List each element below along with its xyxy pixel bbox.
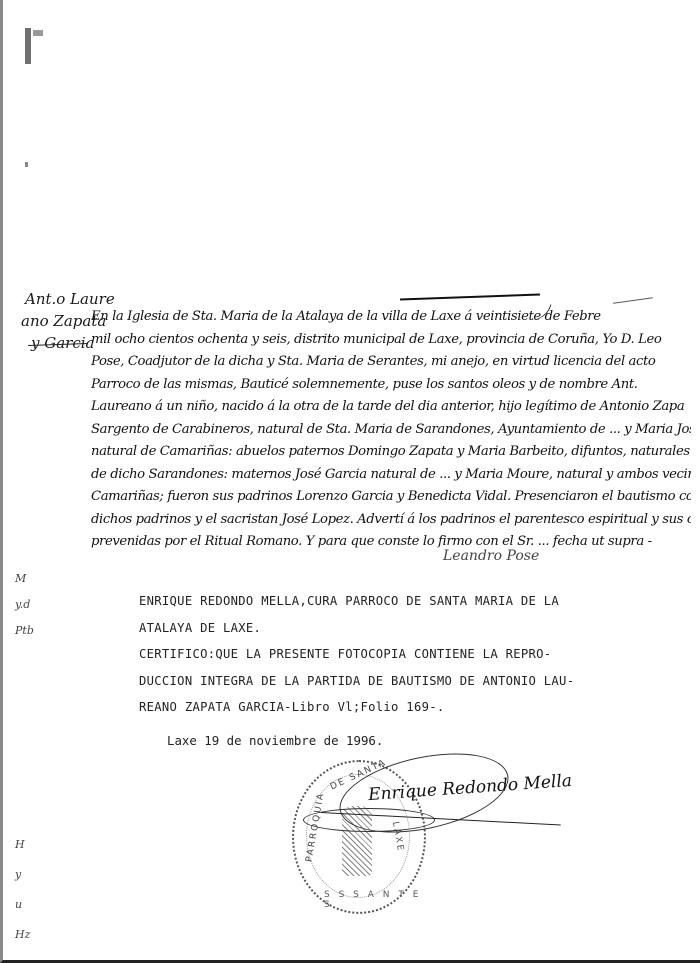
margin-mark: Hz — [15, 920, 30, 950]
left-margin-marks-upper: M y.d Ptb — [15, 566, 34, 644]
scan-artifact — [33, 30, 43, 36]
entry-line: prevenidas por el Ritual Romano. Y para … — [91, 531, 691, 554]
scan-artifact — [25, 28, 31, 64]
left-margin-marks-lower: H y u Hz — [15, 830, 30, 950]
entry-line: En la Iglesia de Sta. Maria de la Atalay… — [91, 306, 691, 329]
scan-artifact — [25, 162, 28, 167]
entry-line: Camariñas; fueron sus padrinos Lorenzo G… — [91, 486, 691, 509]
entry-line: mil ocho cientos ochenta y seis, distrit… — [91, 329, 691, 352]
entry-line: Pose, Coadjutor de la dicha y Sta. Maria… — [91, 351, 691, 374]
certification-line: ENRIQUE REDONDO MELLA,CURA PARROCO DE SA… — [139, 588, 679, 615]
certification-text: ENRIQUE REDONDO MELLA,CURA PARROCO DE SA… — [139, 588, 679, 721]
margin-mark: y — [15, 860, 30, 890]
entry-line: Laureano á un niño, nacido á la otra de … — [91, 396, 691, 419]
certification-date: Laxe 19 de noviembre de 1996. — [167, 733, 383, 748]
seal-text: S S S A N T E S — [324, 890, 424, 910]
handwritten-baptism-entry: En la Iglesia de Sta. Maria de la Atalay… — [91, 306, 691, 554]
certification-line: ATALAYA DE LAXE. — [139, 615, 679, 642]
margin-mark: H — [15, 830, 30, 860]
margin-mark: u — [15, 890, 30, 920]
entry-line: Parroco de las mismas, Bauticé solemneme… — [91, 374, 691, 397]
certification-line: DUCCION INTEGRA DE LA PARTIDA DE BAUTISM… — [139, 668, 679, 695]
certification-line: REANO ZAPATA GARCIA-Libro Vl;Folio 169-. — [139, 694, 679, 721]
margin-mark: y.d — [15, 592, 34, 618]
pen-stroke — [613, 297, 653, 304]
entry-line: natural de Camariñas: abuelos paternos D… — [91, 441, 691, 464]
certification-line: CERTIFICO:QUE LA PRESENTE FOTOCOPIA CONT… — [139, 641, 679, 668]
document-page: Ant.o Laure ano Zapata y Garcia En la Ig… — [0, 0, 700, 963]
entry-signature: Leandro Pose — [443, 548, 539, 564]
entry-line: dichos padrinos y el sacristan José Lope… — [91, 509, 691, 532]
entry-line: de dicho Sarandones: maternos José Garci… — [91, 464, 691, 487]
margin-mark: Ptb — [15, 618, 34, 644]
margin-mark: M — [15, 566, 34, 592]
entry-line: Sargento de Carabineros, natural de Sta.… — [91, 419, 691, 442]
